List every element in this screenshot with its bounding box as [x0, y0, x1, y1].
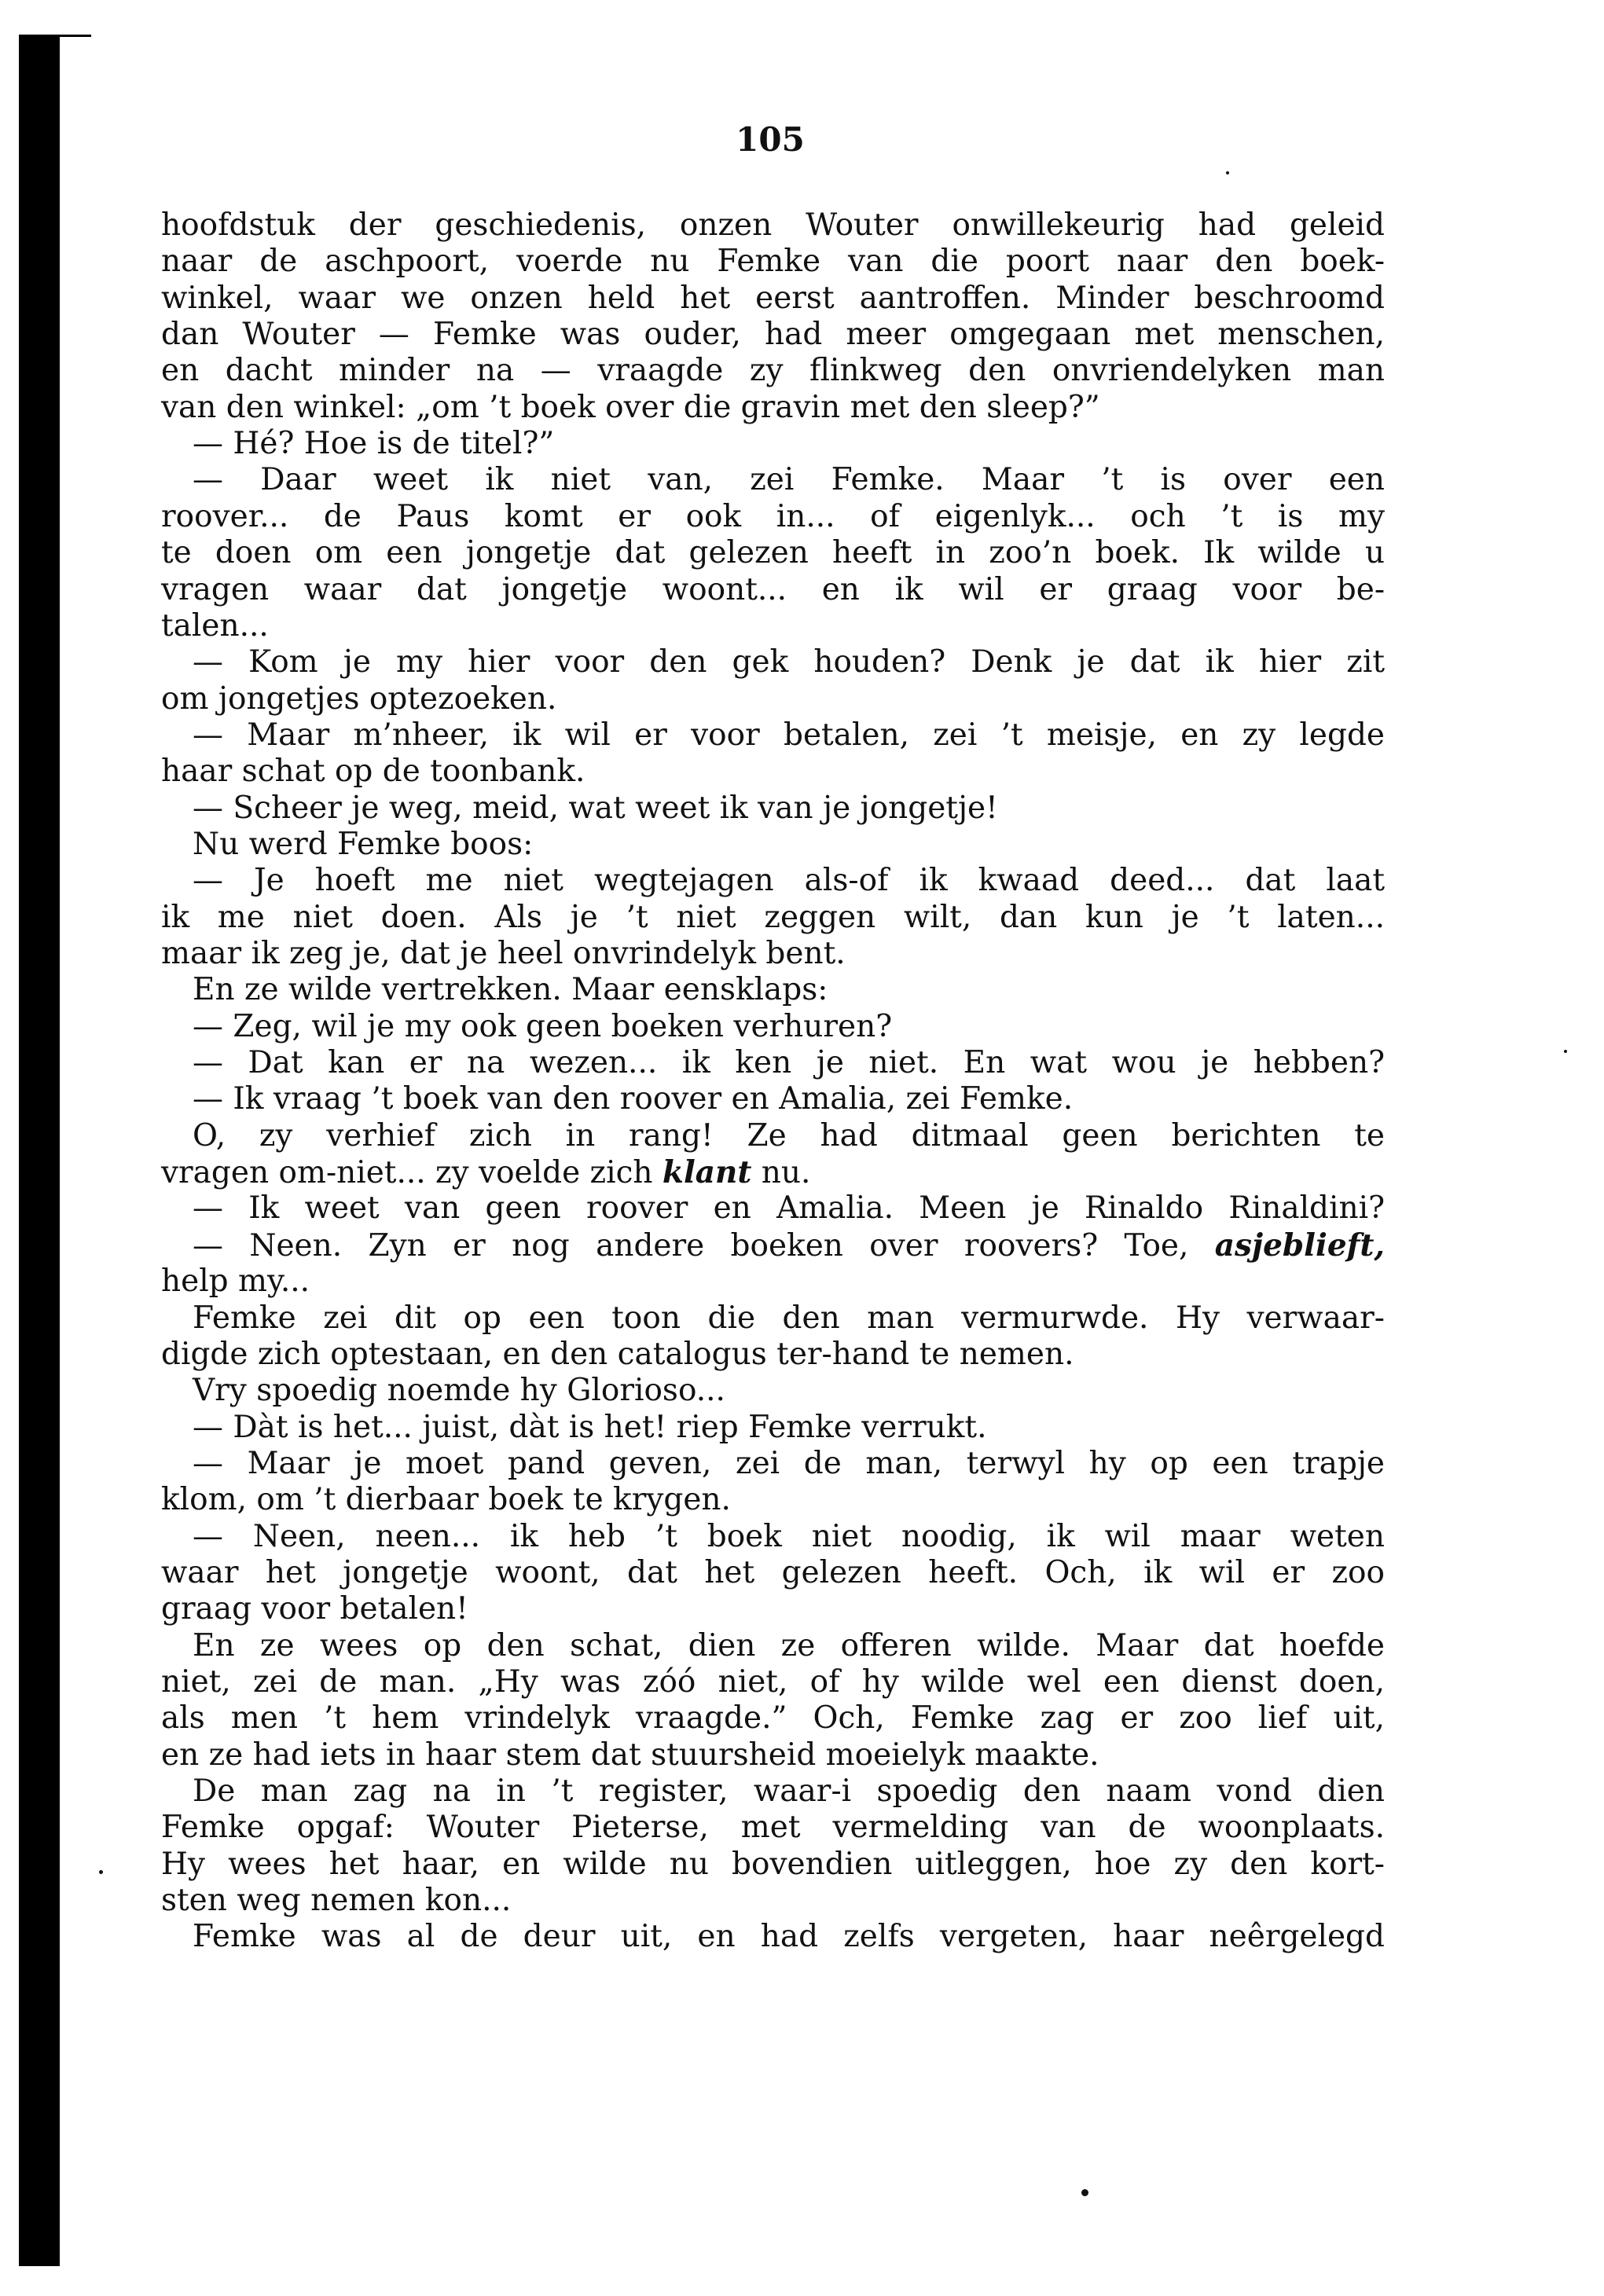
text-line: Femke zei dit op een toon die den man ve… — [193, 1300, 1385, 1337]
text-line: — Scheer je weg, meid, wat weet ik van j… — [193, 790, 1385, 827]
text-line: En ze wees op den schat, dien ze offeren… — [193, 1628, 1385, 1664]
text-line: — Ik weet van geen roover en Amalia. Mee… — [193, 1190, 1385, 1227]
text-line: klom, om ’t dierbaar boek te krygen. — [161, 1482, 1385, 1518]
text-line: — Dat kan er na wezen... ik ken je niet.… — [193, 1045, 1385, 1081]
text-line: maar ik zeg je, dat je heel onvrindelyk … — [161, 936, 1385, 972]
text-line: en dacht minder na — vraagde zy flinkweg… — [161, 353, 1385, 389]
scan-speck — [1564, 1050, 1567, 1053]
emphasized-word: klant — [663, 1154, 751, 1190]
text-line: O, zy verhief zich in rang! Ze had ditma… — [193, 1118, 1385, 1154]
scan-speck — [1226, 171, 1229, 174]
text-line: — Dàt is het... juist, dàt is het! riep … — [193, 1410, 1385, 1446]
text-line: — Neen. Zyn er nog andere boeken over ro… — [193, 1227, 1385, 1264]
text-line: — Maar m’nheer, ik wil er voor betalen, … — [193, 717, 1385, 754]
scan-binding-edge — [19, 35, 60, 2266]
text-line: winkel, waar we onzen held het eerst aan… — [161, 281, 1385, 317]
text-line: — Maar je moet pand geven, zei de man, t… — [193, 1446, 1385, 1482]
page-number: 105 — [0, 119, 1540, 160]
text-line: help my... — [161, 1264, 1385, 1300]
text-line: van den winkel: „om ’t boek over die gra… — [161, 390, 1385, 426]
text-line: — Ik vraag ’t boek van den roover en Ama… — [193, 1081, 1385, 1117]
text-line: te doen om een jongetje dat gelezen heef… — [161, 535, 1385, 571]
text-line: Nu werd Femke boos: — [193, 827, 1385, 863]
text-line: digde zich optestaan, en den catalogus t… — [161, 1337, 1385, 1373]
text-line: ik me niet doen. Als je ’t niet zeggen w… — [161, 900, 1385, 936]
text-line: — Je hoeft me niet wegtejagen als-of ik … — [193, 863, 1385, 899]
text-line: — Hé? Hoe is de titel?” — [193, 426, 1385, 462]
text-line: haar schat op de toonbank. — [161, 754, 1385, 790]
text-line: en ze had iets in haar stem dat stuurshe… — [161, 1737, 1385, 1773]
book-page: 105 hoofdstuk der geschiedenis, onzen Wo… — [0, 0, 1604, 2296]
text-line: sten weg nemen kon... — [161, 1883, 1385, 1919]
text-line: — Neen, neen... ik heb ’t boek niet nood… — [193, 1519, 1385, 1555]
text-line: graag voor betalen! — [161, 1591, 1385, 1627]
text-line: waar het jongetje woont, dat het gelezen… — [161, 1555, 1385, 1591]
text-line: talen... — [161, 608, 1385, 644]
text-line: niet, zei de man. „Hy was zóó niet, of h… — [161, 1664, 1385, 1700]
text-line: hoofdstuk der geschiedenis, onzen Wouter… — [161, 207, 1385, 244]
text-line: vragen waar dat jongetje woont... en ik … — [161, 572, 1385, 608]
text-line: als men ’t hem vrindelyk vraagde.” Och, … — [161, 1700, 1385, 1737]
text-line: Vry spoedig noemde hy Glorioso... — [193, 1373, 1385, 1409]
text-line: Femke opgaf: Wouter Pieterse, met vermel… — [161, 1810, 1385, 1846]
text-line: roover... de Paus komt er ook in... of e… — [161, 499, 1385, 535]
text-line: vragen om-niet... zy voelde zich klant n… — [161, 1154, 1385, 1190]
text-line: En ze wilde vertrekken. Maar eensklaps: — [193, 972, 1385, 1008]
text-line: — Zeg, wil je my ook geen boeken verhure… — [193, 1009, 1385, 1045]
scan-speck — [1081, 2189, 1088, 2196]
scan-speck — [99, 1870, 103, 1874]
text-line: naar de aschpoort, voerde nu Femke van d… — [161, 244, 1385, 280]
emphasized-word: asjeblieft, — [1215, 1227, 1385, 1264]
text-line: — Kom je my hier voor den gek houden? De… — [193, 644, 1385, 680]
text-line: Femke was al de deur uit, en had zelfs v… — [193, 1919, 1385, 1955]
text-line: om jongetjes optezoeken. — [161, 681, 1385, 717]
text-line: De man zag na in ’t register, waar-i spo… — [193, 1773, 1385, 1810]
text-line: dan Wouter — Femke was ouder, had meer o… — [161, 317, 1385, 353]
text-line: — Daar weet ik niet van, zei Femke. Maar… — [193, 462, 1385, 498]
text-line: Hy wees het haar, en wilde nu bovendien … — [161, 1847, 1385, 1883]
